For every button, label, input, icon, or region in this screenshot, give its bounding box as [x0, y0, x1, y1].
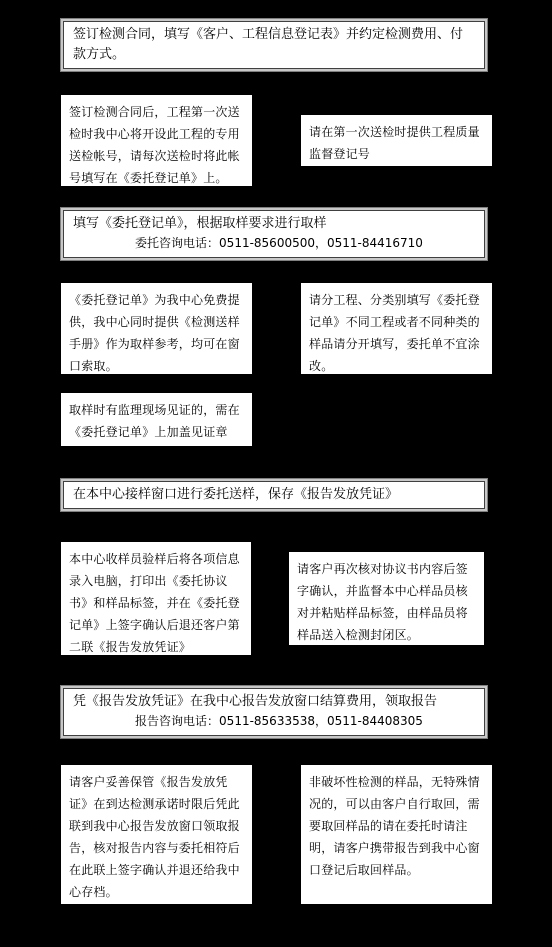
step-3-title: 在本中心接样窗口进行委托送样，保存《报告发放凭证》: [73, 485, 475, 505]
step-3-header: 在本中心接样窗口进行委托送样，保存《报告发放凭证》: [61, 479, 487, 511]
step-4-note-collect: 请客户妥善保管《报告发放凭证》在到达检测承诺时限后凭此联到我中心报告发放窗口领取…: [61, 765, 252, 904]
step-2-note-fill: 请分工程、分类别填写《委托登记单》不同工程或者不同种类的样品请分开填写，委托单不…: [301, 283, 492, 374]
step-2-header: 填写《委托登记单》，根据取样要求进行取样 委托咨询电话：0511-8560050…: [61, 208, 487, 260]
step-2-note-form: 《委托登记单》为我中心免费提供，我中心同时提供《检测送样手册》作为取样参考，均可…: [61, 283, 252, 374]
step-1-title: 签订检测合同，填写《客户、工程信息登记表》并约定检测费用、付款方式。: [73, 25, 475, 65]
step-2-phone: 委托咨询电话：0511-85600500，0511-84416710: [73, 234, 475, 252]
step-4-title: 凭《报告发放凭证》在我中心报告发放窗口结算费用，领取报告: [73, 692, 475, 712]
step-1-header: 签订检测合同，填写《客户、工程信息登记表》并约定检测费用、付款方式。: [61, 19, 487, 71]
step-2-note-witness: 取样时有监理现场见证的，需在《委托登记单》上加盖见证章: [61, 393, 252, 446]
step-4-note-return-sample: 非破坏性检测的样品，无特殊情况的，可以由客户自行取回，需要取回样品的请在委托时请…: [301, 765, 492, 904]
step-2-title: 填写《委托登记单》，根据取样要求进行取样: [73, 214, 475, 234]
step-4-phone: 报告咨询电话：0511-85633538，0511-84408305: [73, 712, 475, 730]
step-3-note-verify: 请客户再次核对协议书内容后签字确认，并监督本中心样品员核对并粘贴样品标签，由样品…: [289, 552, 484, 645]
step-1-note-supervision: 请在第一次送检时提供工程质量监督登记号: [301, 115, 492, 166]
step-4-header: 凭《报告发放凭证》在我中心报告发放窗口结算费用，领取报告 报告咨询电话：0511…: [61, 686, 487, 738]
step-1-note-account: 签订检测合同后，工程第一次送检时我中心将开设此工程的专用送检帐号，请每次送检时将…: [61, 95, 252, 186]
step-3-note-intake: 本中心收样员验样后将各项信息录入电脑，打印出《委托协议书》和样品标签，并在《委托…: [61, 542, 251, 655]
